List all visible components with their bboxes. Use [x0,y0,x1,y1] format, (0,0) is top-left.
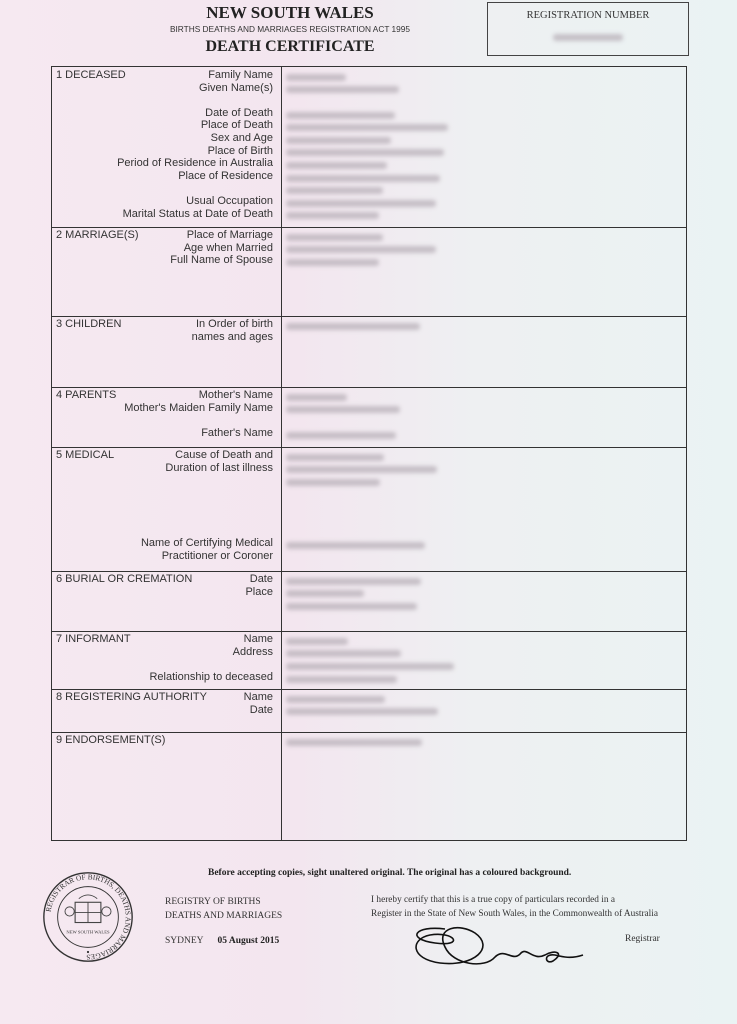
field-labels: NameDate [244,691,273,716]
field-label: Cause of Death and [141,449,273,462]
field-label: Place of Residence [117,170,273,183]
section-4: 4 PARENTSMother's NameMother's Maiden Fa… [52,387,686,448]
field-labels: Family NameGiven Name(s) Date of DeathPl… [117,69,273,220]
registration-value-redacted [553,34,623,41]
field-label: Father's Name [124,427,273,440]
section-3: 3 CHILDRENIn Order of birthnames and age… [52,316,686,388]
state-heading: NEW SOUTH WALES [100,3,480,23]
issue-date: 05 August 2015 [218,936,280,946]
redacted-value [286,663,454,670]
redacted-value [286,394,347,401]
section-title: 2 MARRIAGE(S) [56,229,139,241]
redacted-value [286,137,391,144]
field-label: names and ages [192,331,273,344]
field-values-redacted [286,320,420,333]
field-values-redacted [286,451,437,552]
redacted-value [286,86,399,93]
field-label: Place of Marriage [170,229,273,242]
act-subheading: BIRTHS DEATHS AND MARRIAGES REGISTRATION… [100,24,480,34]
field-label: Age when Married [170,242,273,255]
field-labels: Place of MarriageAge when MarriedFull Na… [170,229,273,267]
field-label: Mother's Name [124,389,273,402]
certificate-title: DEATH CERTIFICATE [100,38,480,56]
field-label: Name [149,633,273,646]
field-label [124,414,273,427]
section-2: 2 MARRIAGE(S)Place of MarriageAge when M… [52,227,686,317]
certify-line-1: I hereby certify that this is a true cop… [371,893,658,907]
field-label [149,658,273,671]
field-label: Mother's Maiden Family Name [124,402,273,415]
redacted-value [286,212,379,219]
section-title: 4 PARENTS [56,389,116,401]
field-label: Relationship to deceased [149,671,273,684]
field-label: Place of Birth [117,145,273,158]
field-labels: Cause of Death andDuration of last illne… [141,449,273,562]
redacted-value [286,650,401,657]
field-labels: Mother's NameMother's Maiden Family Name… [124,389,273,439]
section-8: 8 REGISTERING AUTHORITYNameDate [52,689,686,733]
redacted-value [286,124,448,131]
redacted-value [286,149,444,156]
redacted-value [286,162,387,169]
certificate-table: 1 DECEASEDFamily NameGiven Name(s) Date … [51,66,687,841]
field-values-redacted [286,231,436,269]
redacted-value [286,590,364,597]
redacted-value [286,234,383,241]
section-title: 1 DECEASED [56,69,126,81]
field-label: Date [244,704,273,717]
field-label: Usual Occupation [117,195,273,208]
redacted-value [286,259,379,266]
field-labels: DatePlace [245,573,273,598]
field-label: In Order of birth [192,318,273,331]
registrar-signature [405,917,585,977]
redacted-value [286,323,420,330]
redacted-value [286,74,346,81]
registrar-seal-icon: REGISTRAR OF BIRTHS, DEATHS AND MARRIAGE… [42,871,134,963]
field-values-redacted [286,635,454,685]
field-values-redacted [286,736,422,749]
redacted-value [286,246,436,253]
redacted-value [286,406,400,413]
field-label: Date [245,573,273,586]
redacted-value [286,676,397,683]
field-label [141,474,273,487]
redacted-value [286,200,436,207]
field-label: Place of Death [117,119,273,132]
field-label [117,94,273,107]
section-title: 5 MEDICAL [56,449,114,461]
field-values-redacted [286,71,448,222]
redacted-value [286,739,422,746]
issue-city: SYDNEY [165,936,204,946]
field-labels: NameAddress Relationship to deceased [149,633,273,683]
section-6: 6 BURIAL OR CREMATIONDatePlace [52,571,686,632]
field-label [141,487,273,500]
field-values-redacted [286,693,438,718]
redacted-value [286,432,396,439]
registration-number-box: REGISTRATION NUMBER [487,2,689,56]
section-5: 5 MEDICALCause of Death andDuration of l… [52,447,686,572]
field-labels: In Order of birthnames and ages [192,318,273,343]
redacted-value [286,466,437,473]
authenticity-note: Before accepting copies, sight unaltered… [208,868,571,878]
section-1: 1 DECEASEDFamily NameGiven Name(s) Date … [52,67,686,228]
redacted-value [286,603,417,610]
redacted-value [286,578,421,585]
field-label [141,512,273,525]
redacted-value [286,696,385,703]
section-title: 6 BURIAL OR CREMATION [56,573,192,585]
redacted-value [286,542,425,549]
redacted-value [286,187,383,194]
field-label [141,525,273,538]
section-title: 9 ENDORSEMENT(S) [56,734,165,746]
redacted-value [286,454,384,461]
redacted-value [286,708,438,715]
field-label: Place [245,586,273,599]
field-label: Sex and Age [117,132,273,145]
section-title: 3 CHILDREN [56,318,121,330]
registry-line-1: REGISTRY OF BIRTHS [165,895,282,909]
field-values-redacted [286,391,400,441]
redacted-value [286,175,440,182]
field-label: Name of Certifying Medical [141,537,273,550]
registrar-label: Registrar [625,934,660,944]
section-9: 9 ENDORSEMENT(S) [52,732,686,842]
field-label: Period of Residence in Australia [117,157,273,170]
registry-line-2: DEATHS AND MARRIAGES [165,909,282,923]
issue-place-date: SYDNEY05 August 2015 [165,936,279,946]
redacted-value [286,638,348,645]
section-7: 7 INFORMANTNameAddress Relationship to d… [52,631,686,690]
field-label [141,499,273,512]
field-label: Date of Death [117,107,273,120]
field-label: Practitioner or Coroner [141,550,273,563]
field-label: Duration of last illness [141,462,273,475]
section-title: 8 REGISTERING AUTHORITY [56,691,207,703]
field-values-redacted [286,575,421,613]
field-label: Given Name(s) [117,82,273,95]
field-label: Full Name of Spouse [170,254,273,267]
field-label: Family Name [117,69,273,82]
section-title: 7 INFORMANT [56,633,131,645]
svg-text:NEW SOUTH WALES: NEW SOUTH WALES [66,930,110,935]
field-label: Address [149,646,273,659]
field-label [117,182,273,195]
field-label: Marital Status at Date of Death [117,208,273,221]
redacted-value [286,479,380,486]
field-label: Name [244,691,273,704]
redacted-value [286,112,395,119]
registration-label: REGISTRATION NUMBER [488,10,688,21]
registry-name: REGISTRY OF BIRTHS DEATHS AND MARRIAGES [165,895,282,923]
